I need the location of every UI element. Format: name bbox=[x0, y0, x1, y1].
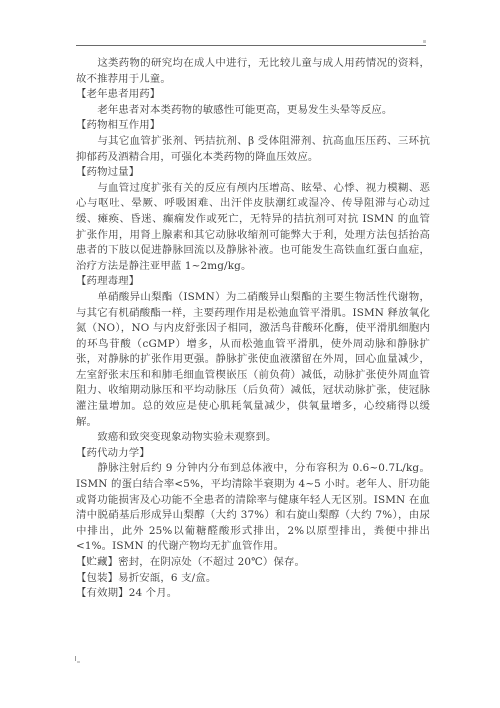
expiry-line: 【有效期】24 个月。 bbox=[76, 586, 430, 602]
section-heading-pharmacokinetics: 【药代动力学】 bbox=[76, 446, 430, 462]
corner-mark-bottom-left bbox=[73, 656, 79, 664]
corner-mark bbox=[423, 40, 426, 43]
storage-label: 【贮藏】 bbox=[76, 556, 118, 568]
document-page: 这类药物的研究均在成人中进行，无比较儿童与成人用药情况的资料，故不推荐用于儿童。… bbox=[0, 0, 500, 708]
storage-text: 密封，在阴凉处（不超过 20℃）保存。 bbox=[118, 556, 305, 568]
section-heading-overdose: 【药物过量】 bbox=[76, 165, 430, 181]
paragraph-overdose: 与血管过度扩张有关的反应有颅内压增高、眩晕、心悸、视力模糊、恶心与呕吐、晕厥、呼… bbox=[76, 181, 430, 275]
section-heading-interactions: 【药物相互作用】 bbox=[76, 118, 430, 134]
paragraph-pediatric-use: 这类药物的研究均在成人中进行，无比较儿童与成人用药情况的资料，故不推荐用于儿童。 bbox=[76, 56, 430, 87]
expiry-text: 24 个月。 bbox=[129, 587, 178, 599]
storage-line: 【贮藏】密封，在阴凉处（不超过 20℃）保存。 bbox=[76, 555, 430, 571]
paragraph-pharmacokinetics: 静脉注射后约 9 分钟内分布到总体液中，分布容积为 0.6~0.7L/kg。IS… bbox=[76, 461, 430, 555]
packaging-line: 【包装】易折安瓿，6 支/盒。 bbox=[76, 571, 430, 587]
packaging-text: 易折安瓿，6 支/盒。 bbox=[118, 572, 216, 584]
section-heading-elderly: 【老年患者用药】 bbox=[76, 87, 430, 103]
section-heading-pharmacology: 【药理毒理】 bbox=[76, 274, 430, 290]
paragraph-pharmacology: 单硝酸异山梨酯（ISMN）为二硝酸异山梨酯的主要生物活性代谢物，与其它有机硝酸酯… bbox=[76, 290, 430, 430]
paragraph-elderly: 老年患者对本类药物的敏感性可能更高，更易发生头晕等反应。 bbox=[76, 103, 430, 119]
paragraph-interactions: 与其它血管扩张剂、钙拮抗剂、β 受体阻滞剂、抗高血压压药、三环抗抑郁药及酒精合用… bbox=[76, 134, 430, 165]
packaging-label: 【包装】 bbox=[76, 572, 118, 584]
header-rule bbox=[76, 45, 426, 46]
document-body: 这类药物的研究均在成人中进行，无比较儿童与成人用药情况的资料，故不推荐用于儿童。… bbox=[76, 56, 430, 602]
expiry-label: 【有效期】 bbox=[76, 587, 129, 599]
paragraph-carcinogenicity: 致癌和致突变现象动物实验未观察到。 bbox=[76, 430, 430, 446]
